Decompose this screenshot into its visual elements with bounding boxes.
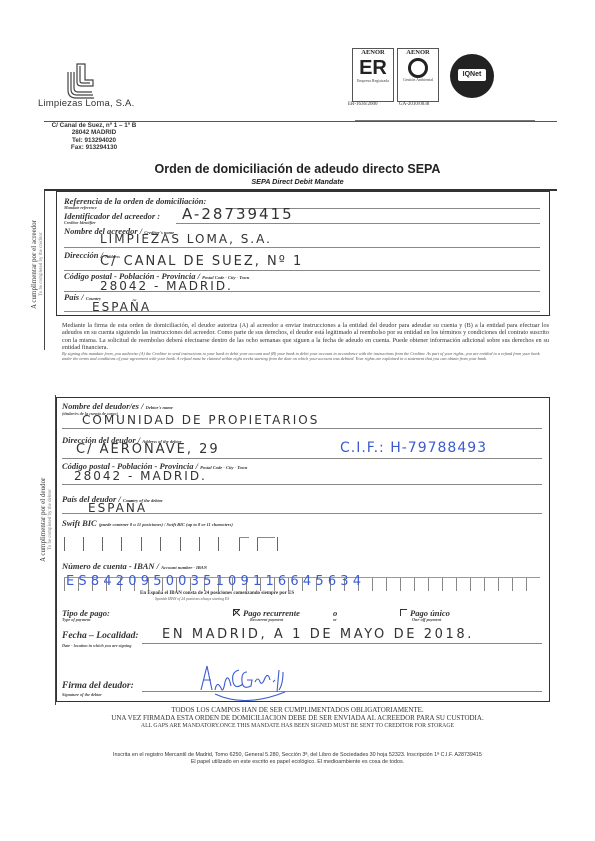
address-line: C/ Canal de Suez, nº 1 – 1º B (44, 122, 144, 129)
label-es: Swift BIC (62, 518, 97, 528)
payment-type-label-en: Type of payment (62, 617, 90, 622)
iban-cell (414, 578, 429, 591)
creditor-identifier-label-en: Creditor Identifier (64, 220, 96, 225)
bic-cell-top (239, 537, 249, 538)
address-value[interactable]: C/ CANAL DE SUEZ, Nº 1 (100, 254, 303, 269)
bic-cell-divider (239, 537, 240, 551)
bic-cell-divider (180, 537, 181, 551)
side-label-es: A cumplimentar por el acreedor (30, 219, 38, 308)
label-note: (puede contener 8 u 11 posiciones) / Swi… (99, 522, 233, 527)
debtor-postal-line (62, 484, 542, 485)
company-logo-icon (62, 60, 102, 102)
date-place-label-en: Date - location in which you are signing (62, 643, 131, 648)
date-place-line (142, 643, 542, 644)
recurrent-payment-checkbox[interactable] (233, 609, 240, 616)
iban-cell (400, 578, 415, 591)
debtor-name-value[interactable]: COMUNIDAD DE PROPIETARIOS (82, 413, 319, 427)
aenor-er-certificate-icon: AENOR ER Empresa Registrada (352, 48, 394, 102)
postal-line (64, 291, 540, 292)
iban-note: En España el IBAN consta de 24 posicione… (140, 591, 294, 596)
iban-cell (386, 578, 401, 591)
address-line: 28042 MADRID (44, 129, 144, 136)
legal-text-es: Mediante la firma de esta orden de domic… (62, 322, 549, 351)
aenor-ga-certificate-icon: AENOR Gestión Ambiental (397, 48, 439, 102)
date-place-label: Fecha – Localidad: (62, 631, 139, 641)
iban-note-en: Spanish IBAN of 24 positions always star… (155, 597, 229, 601)
eco-text: El papel utilizado en este escrito es pa… (0, 759, 595, 766)
bic-cell-divider (64, 537, 65, 551)
iban-cell (512, 578, 527, 591)
document-subtitle: SEPA Direct Debit Mandate (0, 177, 595, 186)
bic-cell-divider (83, 537, 84, 551)
label-es: Número de cuenta - IBAN / (62, 561, 159, 571)
signature-label-en: Signature of the debtor (62, 692, 102, 697)
label-es: País / (64, 292, 84, 302)
debtor-country-line (62, 513, 542, 514)
bic-cell-divider (160, 537, 161, 551)
signature-label: Firma del deudor: (62, 681, 134, 691)
bic-cell-divider (277, 537, 278, 551)
bic-cell-divider (102, 537, 103, 551)
bic-cell-divider (141, 537, 142, 551)
iban-value[interactable]: ES8420950035109116645634 (66, 574, 365, 589)
ga-circle-icon (408, 58, 428, 78)
cert-code: GA-2010/0038 (399, 102, 429, 107)
bic-cell-divider (199, 537, 200, 551)
bic-cell-divider (121, 537, 122, 551)
debtor-side-label: A cumplimentar por el deudor To be compl… (39, 430, 55, 610)
cert-code: ER-1636/2000 (348, 102, 377, 107)
side-label-es: A cumplimentar por el deudor (39, 478, 47, 562)
cert-label: Empresa Registrada (353, 79, 393, 84)
iban-cell (498, 578, 513, 591)
creditor-name-line (64, 247, 540, 248)
or-label-en: or (333, 617, 337, 622)
phone: Tel: 913294020 (44, 137, 144, 144)
creditor-side-label: A cumplimentar por el acreedor To be com… (30, 194, 46, 334)
mandate-reference-label-en: Mandate reference (64, 205, 97, 210)
bic-cell-divider (218, 537, 219, 551)
creditor-identifier-value[interactable]: A-28739415 (182, 205, 294, 223)
cert-mark: ER (353, 57, 393, 79)
label-en: Debtor's name (146, 405, 173, 410)
label-es: Nombre del deudor/es / (62, 401, 143, 411)
iban-cell (442, 578, 457, 591)
registry-info: Inscrita en el registro Mercantil de Mad… (0, 752, 595, 766)
iban-cell (456, 578, 471, 591)
option-label-en: Recurrent payment (250, 617, 283, 622)
date-place-value[interactable]: EN MADRID, A 1 DE MAYO DE 2018. (162, 627, 474, 642)
debtor-address-value[interactable]: C/ AERONAVE, 29 (76, 442, 220, 457)
option-label-en: One-off payment (412, 617, 441, 622)
label-es: Dirección / (64, 250, 103, 260)
debtor-postal-value[interactable]: 28042 - MADRID. (74, 469, 207, 483)
cert-divider (355, 120, 535, 121)
company-name: Limpiezas Loma, S.A. (38, 98, 134, 109)
cif-value[interactable]: C.I.F.: H-79788493 (340, 440, 487, 456)
label-en: Account number - IBAN (161, 565, 207, 570)
iqnet-certified-icon: IQNet (450, 54, 494, 98)
iban-cell (484, 578, 499, 591)
legal-text-en: By signing this mandate form, you author… (62, 351, 549, 361)
document-title: Orden de domiciliación de adeudo directo… (0, 162, 595, 176)
bic-cell-divider (257, 537, 258, 551)
cert-label: Gestión Ambiental (398, 78, 438, 83)
registry-text: Inscrita en el registro Mercantil de Mad… (0, 752, 595, 759)
side-label-en: To be completed by the creditor (39, 232, 44, 296)
footer-notice-en: ALL GAPS ARE MANDATORY.ONCE THIS MANDATE… (0, 723, 595, 729)
cert-org: AENOR (398, 49, 438, 57)
debtor-name-line (62, 428, 542, 429)
debtor-name-label: Nombre del deudor/es / Debtor's name (62, 401, 173, 411)
footer-mandatory-notice: TODOS LOS CAMPOS HAN DE SER CUMPLIMENTAD… (0, 706, 595, 714)
iban-cell (526, 578, 541, 591)
iban-cell (428, 578, 443, 591)
cert-mark: IQNet (458, 69, 486, 81)
iban-cell (470, 578, 485, 591)
company-address: C/ Canal de Suez, nº 1 – 1º B 28042 MADR… (44, 122, 144, 152)
iban-label: Número de cuenta - IBAN / Account number… (62, 561, 207, 571)
label-en: Postal Code - City - Town (200, 465, 247, 470)
cert-org: AENOR (353, 49, 393, 57)
swift-label: Swift BIC (puede contener 8 u 11 posicio… (62, 518, 233, 528)
side-label-en: To be completed by the debtor (48, 490, 53, 551)
one-off-payment-checkbox[interactable] (400, 609, 407, 616)
creditor-name-value[interactable]: LIMPIEZAS LOMA, S.A. (100, 232, 272, 246)
footer-custody-notice: UNA VEZ FIRMADA ESTA ORDEN DE DOMICILIAC… (0, 714, 595, 722)
country-line (64, 311, 540, 312)
debtor-address-line (62, 458, 542, 459)
bic-cell-top (257, 537, 275, 538)
fax: Fax: 913294130 (44, 144, 144, 151)
iban-cell (372, 578, 387, 591)
signature-icon (195, 660, 295, 702)
creditor-identifier-line (176, 223, 540, 224)
